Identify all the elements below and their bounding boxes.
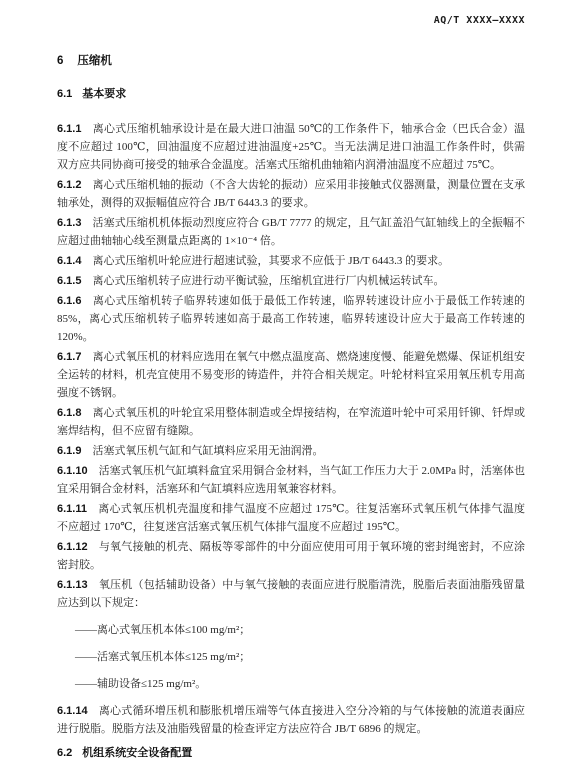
page-number: 11 bbox=[506, 706, 515, 716]
clause-text: 离心式循环增压机和膨胀机增压端等气体直接进入空分冷箱的与气体接触的流道表面应进行… bbox=[57, 705, 525, 735]
dash-list-item: ——活塞式氧压机本体≤125 mg/m²； bbox=[57, 648, 525, 666]
section-title: 压缩机 bbox=[77, 55, 112, 67]
clause-6-1-7: 6.1.7离心式氧压机的材料应选用在氧气中燃点温度高、燃烧速度慢、能避免燃爆、保… bbox=[57, 348, 525, 402]
document-page: AQ/T XXXX—XXXX 6压缩机 6.1基本要求 6.1.1离心式压缩机轴… bbox=[0, 0, 575, 759]
doc-code-header: AQ/T XXXX—XXXX bbox=[434, 15, 525, 26]
section-number: 6 bbox=[57, 55, 63, 67]
clause-number: 6.1.6 bbox=[57, 295, 92, 307]
clause-text: 离心式压缩机叶轮应进行超速试验，其要求不应低于 JB/T 6443.3 的要求。 bbox=[92, 255, 449, 267]
clause-number: 6.1.8 bbox=[57, 407, 92, 419]
clause-number: 6.1.11 bbox=[57, 503, 98, 515]
clause-6-1-4: 6.1.4离心式压缩机叶轮应进行超速试验，其要求不应低于 JB/T 6443.3… bbox=[57, 252, 525, 270]
clause-text: 离心式氧压机机壳温度和排气温度不应超过 175℃。往复活塞环式氧压机气体排气温度… bbox=[57, 503, 525, 533]
clause-text: 氧压机（包括辅助设备）中与氧气接触的表面应进行脱脂清洗，脱脂后表面油脂残留量应达… bbox=[57, 579, 525, 609]
clause-number: 6.1.9 bbox=[57, 445, 92, 457]
clause-6-1-6: 6.1.6离心式压缩机转子临界转速如低于最低工作转速，临界转速设计应小于最低工作… bbox=[57, 292, 525, 346]
subsection-number: 6.1 bbox=[57, 88, 72, 100]
clause-number: 6.1.2 bbox=[57, 179, 92, 191]
clause-6-1-3: 6.1.3活塞式压缩机机体振动烈度应符合 GB/T 7777 的规定，且气缸盖沿… bbox=[57, 214, 525, 250]
section-heading-6: 6压缩机 bbox=[57, 52, 525, 68]
clause-6-1-10: 6.1.10活塞式氧压机气缸填料盒宜采用铜合金材料，当气缸工作压力大于 2.0M… bbox=[57, 462, 525, 498]
clause-text: 离心式压缩机转子应进行动平衡试验，压缩机宜进行厂内机械运转试车。 bbox=[92, 275, 444, 287]
clause-6-1-8: 6.1.8离心式氧压机的叶轮宜采用整体制造或全焊接结构，在窄流道叶轮中可采用钎铆… bbox=[57, 404, 525, 440]
clause-number: 6.1.7 bbox=[57, 351, 92, 363]
clause-6-1-14: 6.1.14离心式循环增压机和膨胀机增压端等气体直接进入空分冷箱的与气体接触的流… bbox=[57, 702, 525, 738]
clause-number: 6.1.13 bbox=[57, 579, 99, 591]
subsection-number: 6.2 bbox=[57, 747, 72, 759]
clause-6-1-11: 6.1.11离心式氧压机机壳温度和排气温度不应超过 175℃。往复活塞环式氧压机… bbox=[57, 500, 525, 536]
clause-number: 6.1.10 bbox=[57, 465, 99, 477]
clause-6-1-5: 6.1.5离心式压缩机转子应进行动平衡试验，压缩机宜进行厂内机械运转试车。 bbox=[57, 272, 525, 290]
clause-text: 离心式压缩机轴的振动（不含大齿轮的振动）应采用非接触式仪器测量，测量位置在支承轴… bbox=[57, 179, 525, 209]
clause-text: 活塞式氧压机气缸和气缸填料应采用无油润滑。 bbox=[92, 445, 323, 457]
page-content: 6压缩机 6.1基本要求 6.1.1离心式压缩机轴承设计是在最大进口油温 50℃… bbox=[57, 52, 525, 759]
clause-6-1-2: 6.1.2离心式压缩机轴的振动（不含大齿轮的振动）应采用非接触式仪器测量，测量位… bbox=[57, 176, 525, 212]
clause-text: 活塞式氧压机气缸填料盒宜采用铜合金材料，当气缸工作压力大于 2.0MPa 时，活… bbox=[57, 465, 525, 495]
subsection-heading-6-1: 6.1基本要求 bbox=[57, 85, 525, 101]
clause-6-1-13: 6.1.13氧压机（包括辅助设备）中与氧气接触的表面应进行脱脂清洗，脱脂后表面油… bbox=[57, 576, 525, 612]
clause-text: 与氧气接触的机壳、隔板等零部件的中分面应使用可用于氧环境的密封绳密封，不应涂密封… bbox=[57, 541, 525, 571]
subsection-title: 机组系统安全设备配置 bbox=[82, 747, 192, 759]
clause-text: 离心式氧压机的叶轮宜采用整体制造或全焊接结构，在窄流道叶轮中可采用钎铆、钎焊或塞… bbox=[57, 407, 525, 437]
clause-6-1-9: 6.1.9活塞式氧压机气缸和气缸填料应采用无油润滑。 bbox=[57, 442, 525, 460]
clause-number: 6.1.5 bbox=[57, 275, 92, 287]
clause-text: 离心式压缩机轴承设计是在最大进口油温 50℃的工作条件下，轴承合金（巴氏合金）温… bbox=[57, 123, 525, 171]
subsection-title: 基本要求 bbox=[82, 88, 126, 100]
clause-number: 6.1.12 bbox=[57, 541, 99, 553]
clause-text: 活塞式压缩机机体振动烈度应符合 GB/T 7777 的规定，且气缸盖沿气缸轴线上… bbox=[57, 217, 525, 247]
subsection-heading-6-2: 6.2机组系统安全设备配置 bbox=[57, 744, 525, 759]
clause-number: 6.1.1 bbox=[57, 123, 92, 135]
clause-6-1-1: 6.1.1离心式压缩机轴承设计是在最大进口油温 50℃的工作条件下，轴承合金（巴… bbox=[57, 120, 525, 174]
clause-text: 离心式氧压机的材料应选用在氧气中燃点温度高、燃烧速度慢、能避免燃爆、保证机组安全… bbox=[57, 351, 525, 399]
clause-number: 6.1.3 bbox=[57, 217, 92, 229]
clause-text: 离心式压缩机转子临界转速如低于最低工作转速，临界转速设计应小于最低工作转速的 8… bbox=[57, 295, 525, 343]
dash-list-item: ——辅助设备≤125 mg/m²。 bbox=[57, 675, 525, 693]
clause-number: 6.1.14 bbox=[57, 705, 99, 717]
dash-list-item: ——离心式氧压机本体≤100 mg/m²； bbox=[57, 621, 525, 639]
clause-6-1-12: 6.1.12与氧气接触的机壳、隔板等零部件的中分面应使用可用于氧环境的密封绳密封… bbox=[57, 538, 525, 574]
clause-number: 6.1.4 bbox=[57, 255, 92, 267]
